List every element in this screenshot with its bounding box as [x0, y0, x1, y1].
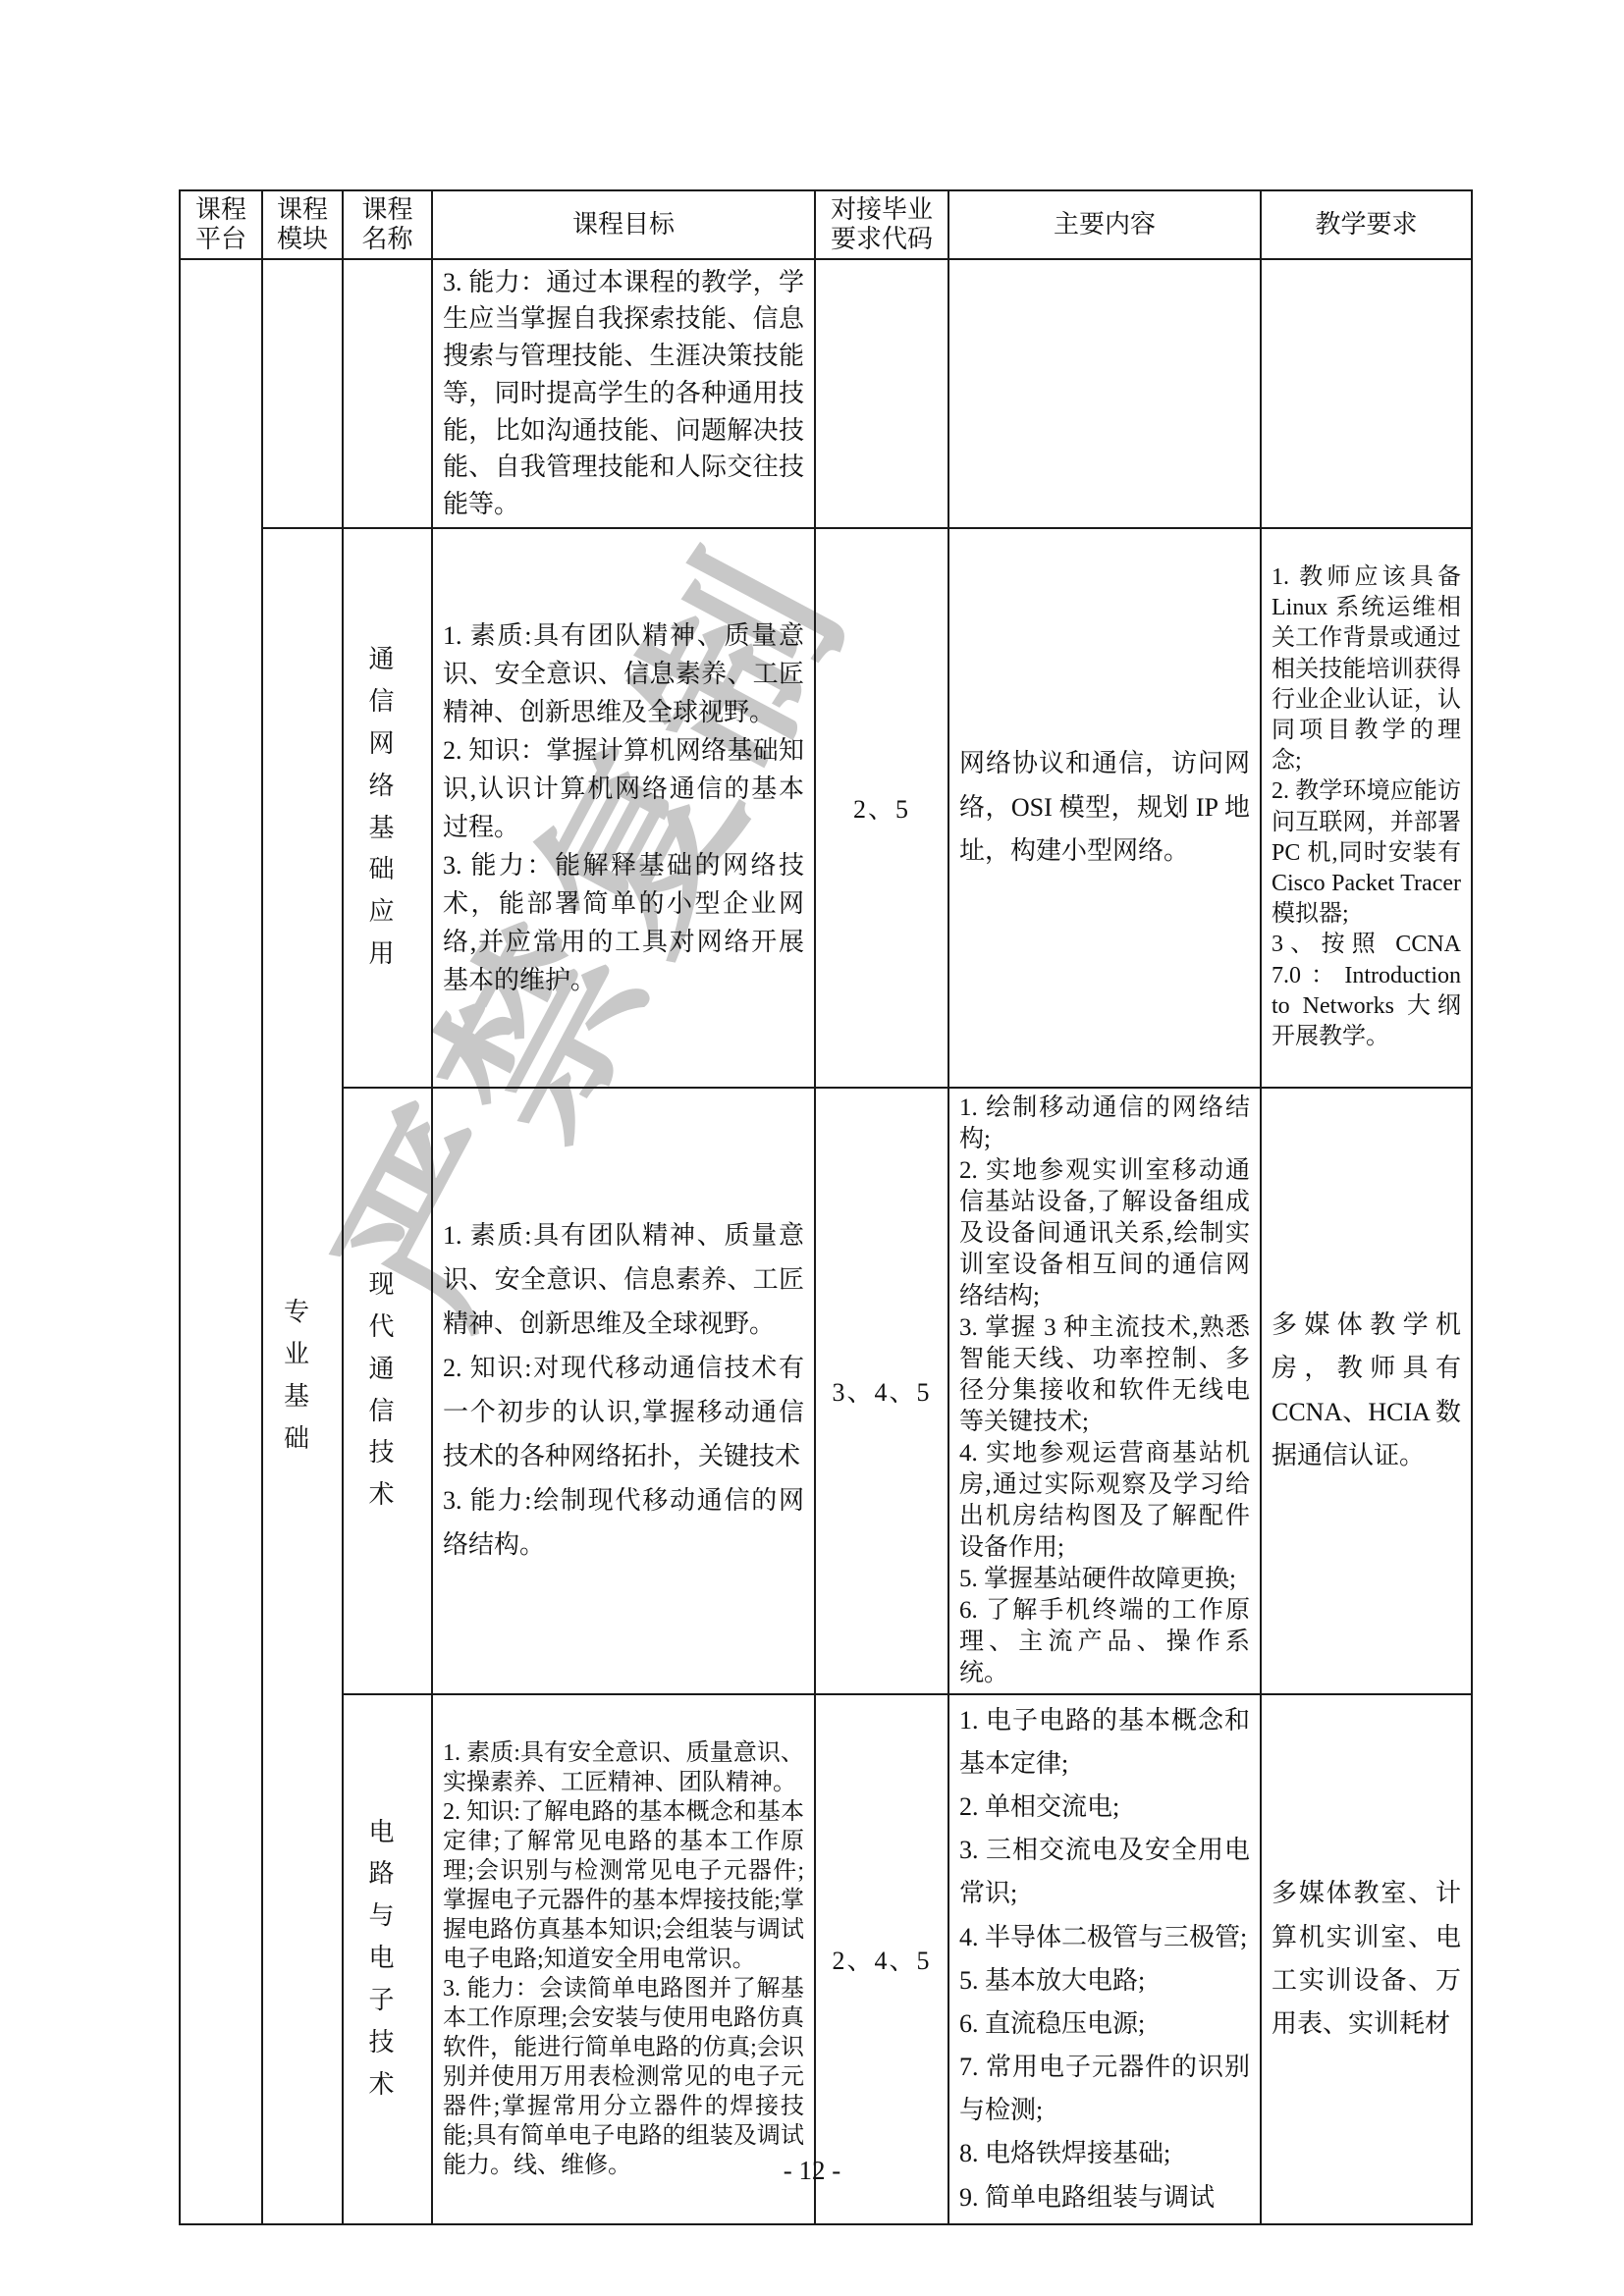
requirements-cell: 1. 教师应该具备 Linux 系统运维相关工作背景或通过相关技能培训获得行业企…: [1261, 528, 1472, 1088]
module-cell-empty: [262, 259, 343, 528]
header-course-platform: 课程 平台: [180, 190, 262, 259]
table-header-row: 课程 平台 课程 模块 课程 名称 课程目标 对接毕业 要求代码 主要内容 教学…: [180, 190, 1472, 259]
course-name-cell-empty: [343, 259, 432, 528]
course-name-cell: 电路 与电 子技 术: [343, 1694, 432, 2224]
course-name-cell: 现代 通信 技术: [343, 1088, 432, 1694]
codes-cell: 2、5: [815, 528, 948, 1088]
header-course-module: 课程 模块: [262, 190, 343, 259]
requirements-cell: [1261, 259, 1472, 528]
page-number: - 12 -: [0, 2156, 1624, 2186]
content-cell: 1. 绘制移动通信的网络结构; 2. 实地参观实训室移动通信基站设备,了解设备组…: [948, 1088, 1261, 1694]
content-cell: 网络协议和通信，访问网络，OSI 模型，规划 IP 地址，构建小型网络。: [948, 528, 1261, 1088]
table-row: 现代 通信 技术 1. 素质:具有团队精神、质量意识、安全意识、信息素养、工匠精…: [180, 1088, 1472, 1694]
table-row: 3. 能力：通过本课程的教学，学生应当掌握自我探索技能、信息搜索与管理技能、生涯…: [180, 259, 1472, 528]
codes-cell: 2、4、5: [815, 1694, 948, 2224]
header-course-name: 课程 名称: [343, 190, 432, 259]
header-main-content: 主要内容: [948, 190, 1261, 259]
goals-cell: 3. 能力：通过本课程的教学，学生应当掌握自我探索技能、信息搜索与管理技能、生涯…: [432, 259, 815, 528]
header-teaching-requirements: 教学要求: [1261, 190, 1472, 259]
codes-cell: 3、4、5: [815, 1088, 948, 1694]
requirements-cell: 多媒体教室、计算机实训室、电工实训设备、万用表、实训耗材: [1261, 1694, 1472, 2224]
course-table: 课程 平台 课程 模块 课程 名称 课程目标 对接毕业 要求代码 主要内容 教学…: [179, 189, 1473, 2225]
goals-cell: 1. 素质:具有安全意识、质量意识、实操素养、工匠精神、团队精神。 2. 知识:…: [432, 1694, 815, 2224]
table-row: 专业 基础 通信 网络 基础 应用 1. 素质:具有团队精神、质量意识、安全意识…: [180, 528, 1472, 1088]
content-cell: 1. 电子电路的基本概念和基本定律; 2. 单相交流电; 3. 三相交流电及安全…: [948, 1694, 1261, 2224]
header-graduation-codes: 对接毕业 要求代码: [815, 190, 948, 259]
document-page: 严禁复制 课程 平台 课程 模块 课程 名称 课程目标 对接毕业 要求代码 主要…: [0, 0, 1624, 2296]
course-name-cell: 通信 网络 基础 应用: [343, 528, 432, 1088]
requirements-cell: 多媒体教学机房，教师具有 CCNA、HCIA 数据通信认证。: [1261, 1088, 1472, 1694]
goals-cell: 1. 素质:具有团队精神、质量意识、安全意识、信息素养、工匠精神、创新思维及全球…: [432, 1088, 815, 1694]
table-row: 电路 与电 子技 术 1. 素质:具有安全意识、质量意识、实操素养、工匠精神、团…: [180, 1694, 1472, 2224]
codes-cell: [815, 259, 948, 528]
header-course-goals: 课程目标: [432, 190, 815, 259]
module-cell: 专业 基础: [262, 528, 343, 2224]
platform-cell: [180, 259, 262, 2224]
content-cell: [948, 259, 1261, 528]
goals-cell: 1. 素质:具有团队精神、质量意识、安全意识、信息素养、工匠精神、创新思维及全球…: [432, 528, 815, 1088]
